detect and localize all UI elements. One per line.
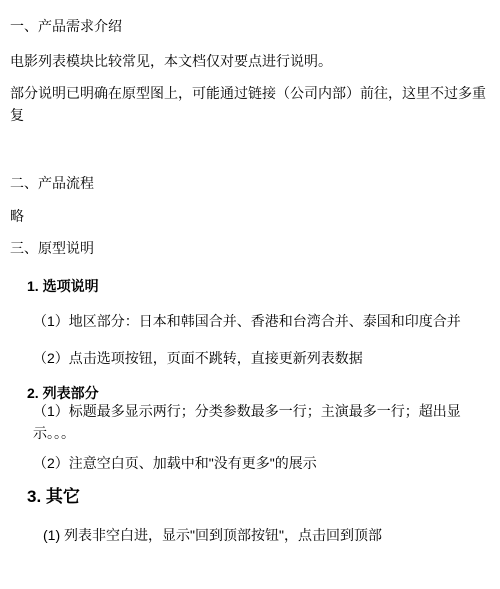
section3-heading: 三、原型说明 <box>10 237 94 259</box>
sub2-item-2: （2）注意空白页、加载中和"没有更多"的展示 <box>33 452 317 474</box>
sub3-item-1: (1) 列表非空白进，显示"回到顶部按钮"，点击回到顶部 <box>43 524 382 546</box>
section1-paragraph-2: 部分说明已明确在原型图上，可能通过链接（公司内部）前往，这里不过多重复 <box>10 82 492 126</box>
sub3-heading: 3. 其它 <box>27 485 80 509</box>
requirements-document: 一、产品需求介绍 电影列表模块比较常见，本文档仅对要点进行说明。 部分说明已明确… <box>0 0 500 589</box>
section2-heading: 二、产品流程 <box>10 172 94 194</box>
sub1-item-1: （1）地区部分：日本和韩国合并、香港和台湾合并、泰国和印度合并 <box>33 310 461 332</box>
section1-heading: 一、产品需求介绍 <box>10 15 122 37</box>
sub1-heading: 1. 选项说明 <box>27 275 99 297</box>
section1-paragraph-1: 电影列表模块比较常见，本文档仅对要点进行说明。 <box>10 50 332 72</box>
sub1-item-2: （2）点击选项按钮，页面不跳转，直接更新列表数据 <box>33 347 363 369</box>
sub2-item-1: （1）标题最多显示两行；分类参数最多一行；主演最多一行；超出显示。。。 <box>33 400 475 444</box>
section2-paragraph-1: 略 <box>10 205 24 227</box>
